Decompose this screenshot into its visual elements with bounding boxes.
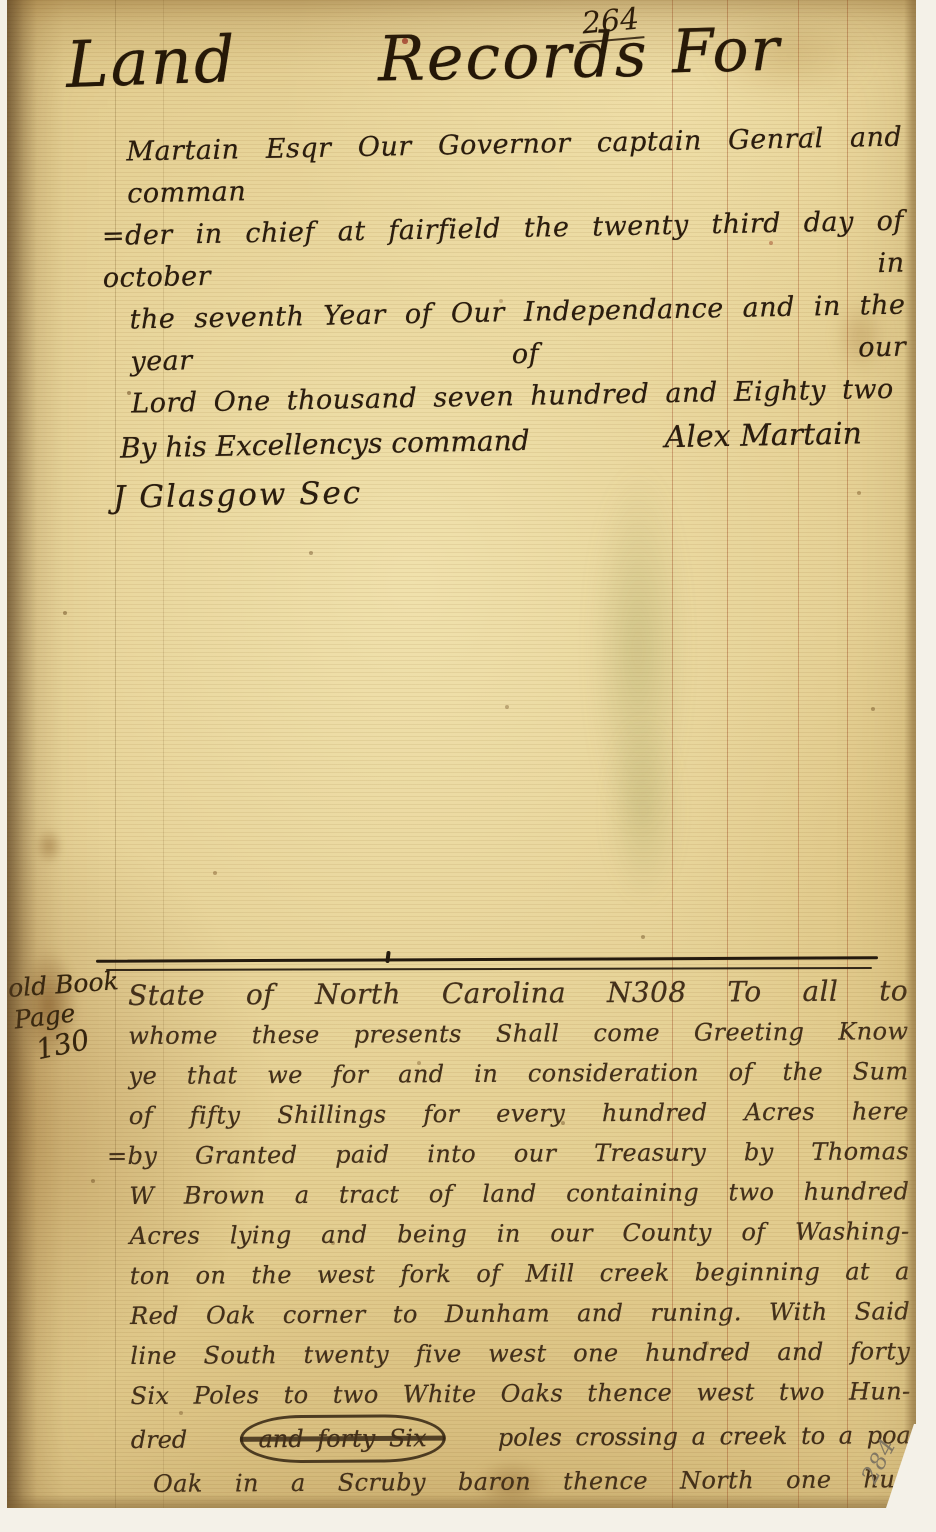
entry2-line: State of North Carolina N308 To all to xyxy=(128,971,908,1016)
entry1-line: the seventh Year of Our Independance and… xyxy=(103,285,906,384)
entry2-line: W Brown a tract of land containing two h… xyxy=(129,1171,909,1216)
entry1-line: Martain Esqr Our Governor captain Genral… xyxy=(100,117,903,216)
entry2-line: Oak in a Scruby baron thence North one h… xyxy=(131,1459,911,1504)
title-word-records: Records xyxy=(377,18,649,96)
entry2-line-fragment: poles crossing a creek to a poa xyxy=(498,1415,911,1458)
entry2-line: ton on the west fork of Mill creek begin… xyxy=(130,1251,910,1296)
attestation-text: By his Excellencys command xyxy=(120,418,530,472)
entry-continuation-block: Martain Esqr Our Governor captain Genral… xyxy=(100,117,909,524)
entry2-line: Six Poles to two White Oaks thence west … xyxy=(130,1371,910,1416)
governor-signature: Alex Martain xyxy=(664,411,862,461)
land-grant-entry-block: State of North Carolina N308 To all to w… xyxy=(128,971,911,1504)
entry2-line: ye that we for and in consideration of t… xyxy=(128,1051,908,1096)
entry1-line: =der in chief at fairfield the twenty th… xyxy=(102,201,905,300)
entry2-line: =by Granted paid into our Treasury by Th… xyxy=(107,1131,909,1176)
entry2-line: line South twenty five west one hundred … xyxy=(130,1331,910,1376)
cancelled-words: and forty Six xyxy=(239,1414,445,1463)
title-word-for: For xyxy=(671,15,782,88)
entry2-line: Red Oak corner to Dunham and runing. Wit… xyxy=(130,1291,910,1336)
title-word-land: Land xyxy=(65,23,238,103)
entry2-line: whome these presents Shall come Greeting… xyxy=(128,1011,908,1056)
entry2-line: of fifty Shillings for every hundred Acr… xyxy=(129,1091,909,1136)
entry2-line-fragment: dred xyxy=(131,1420,188,1460)
entry2-line-with-cancellation: dred and forty Six poles crossing a cree… xyxy=(131,1411,911,1464)
scanned-ledger-page: 264 Land Records For Martain Esqr Our Go… xyxy=(0,0,936,1532)
entry2-line: Acres lying and being in our County of W… xyxy=(129,1211,909,1256)
